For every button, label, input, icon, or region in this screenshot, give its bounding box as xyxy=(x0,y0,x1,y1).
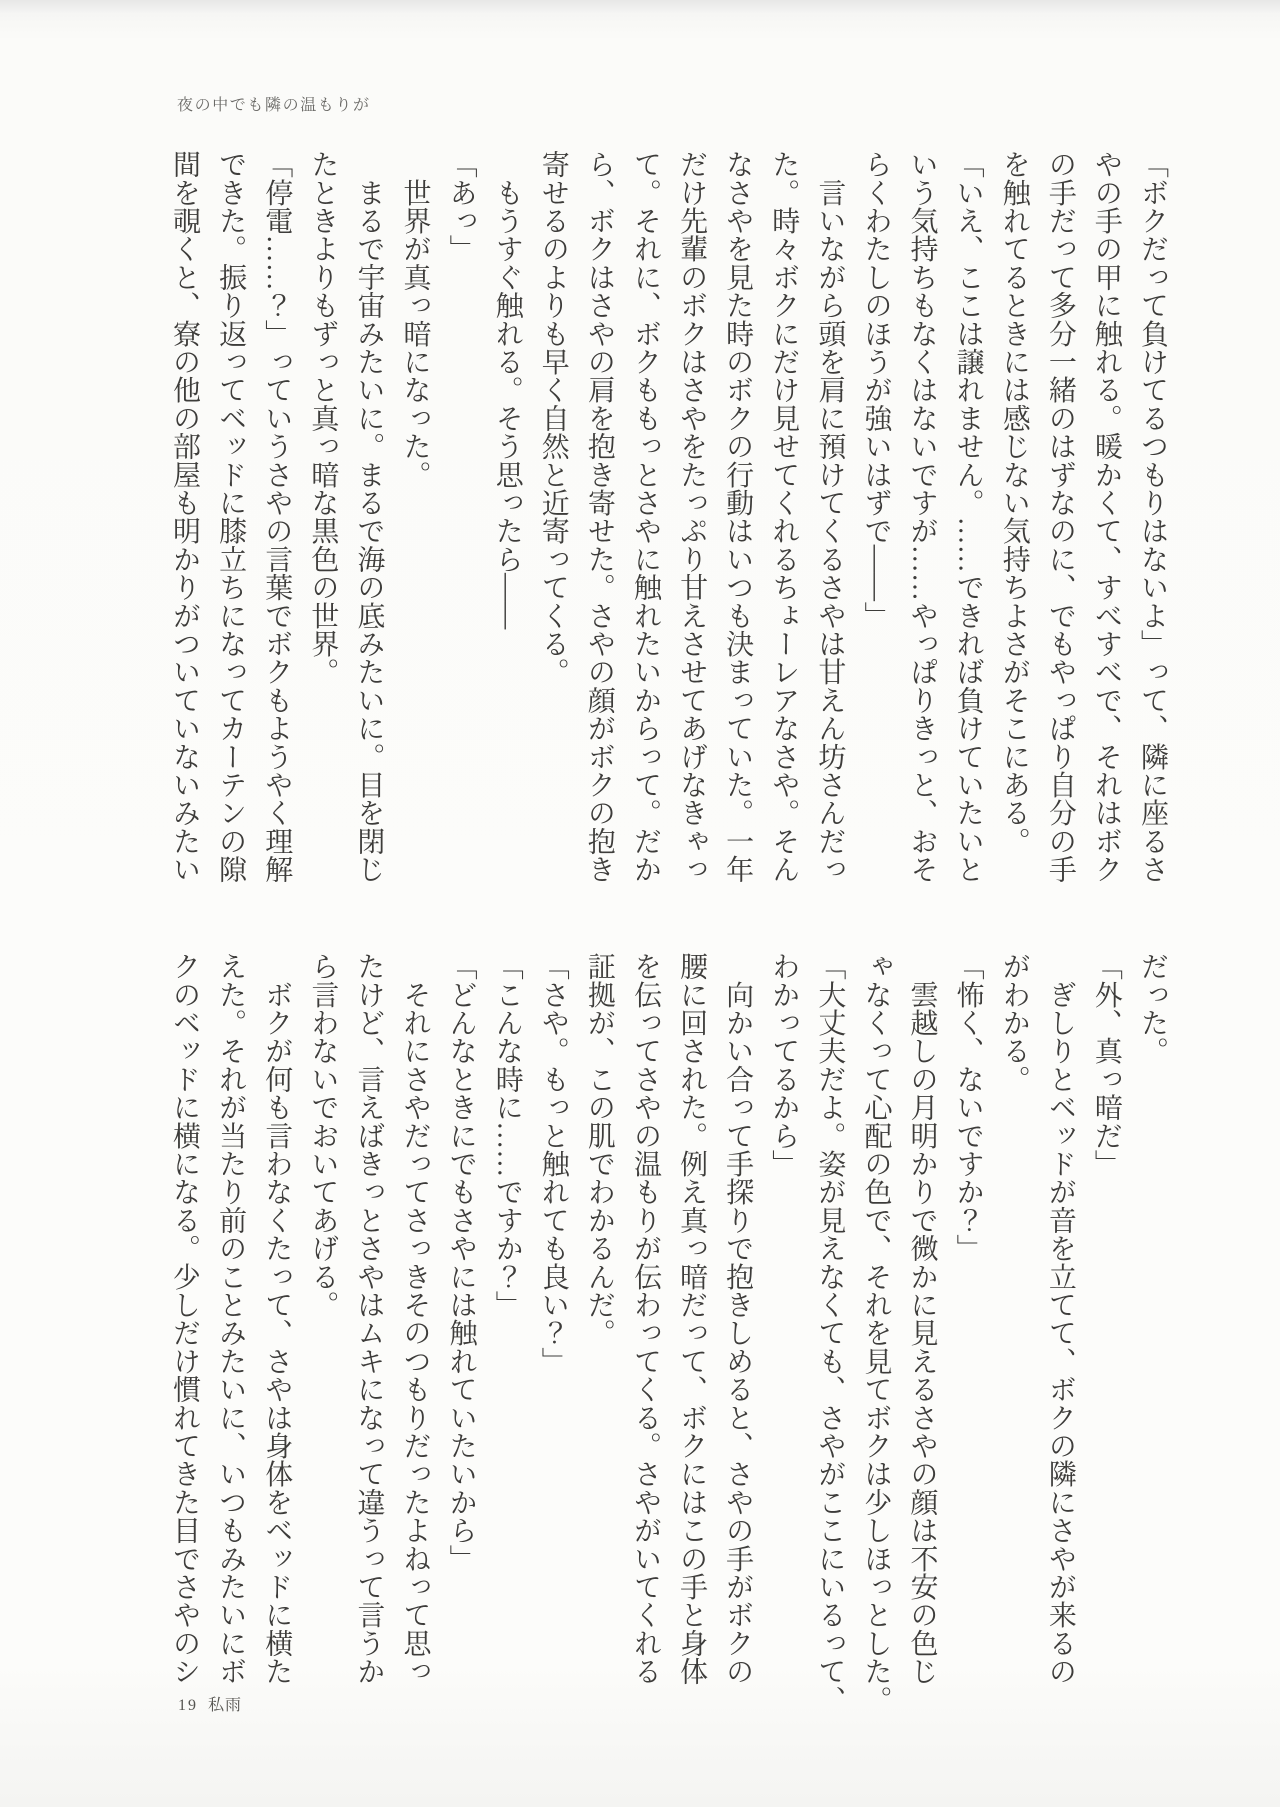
text-column-6: いう気持ちもなくはないですが……やっぱりきっと、おそ xyxy=(898,150,944,887)
text-column-18: たけど、言えばきっとさやはムキになって違うって言うか xyxy=(345,952,391,1689)
text-column-21: えた。それが当たり前のことみたいに、いつもみたいにボ xyxy=(207,952,253,1689)
text-column-14: 寄せるのよりも早く自然と近寄ってくる。 xyxy=(530,150,576,887)
text-column-12: を伝ってさやの温もりが伝わってくる。さやがいてくれる xyxy=(622,952,668,1689)
text-column-11: だけ先輩のボクはさやをたっぷり甘えさせてあげなきゃっ xyxy=(668,150,714,887)
text-column-6: 雲越しの月明かりで微かに見えるさやの顔は不安の色じ xyxy=(898,952,944,1689)
text-column-14: 「さや。もっと触れても良い？」 xyxy=(530,952,576,1689)
text-column-7: らくわたしのほうが強いはずで――」 xyxy=(852,150,898,887)
text-column-17: 世界が真っ暗になった。 xyxy=(391,150,437,887)
text-column-21: できた。振り返ってベッドに膝立ちになってカーテンの隙 xyxy=(207,150,253,887)
text-column-8: 「大丈夫だよ。姿が見えなくても、さやがここにいるって、 xyxy=(806,952,852,1689)
text-column-5: 「怖く、ないですか？」 xyxy=(945,952,991,1689)
text-column-10: なさやを見た時のボクの行動はいつも決まっていた。一年 xyxy=(714,150,760,887)
text-column-11: 腰に回された。例え真っ暗だって、ボクにはこの手と身体 xyxy=(668,952,714,1689)
text-column-16: 「どんなときにでもさやには触れていたいから」 xyxy=(438,952,484,1689)
text-column-15: 「こんな時に……ですか？」 xyxy=(484,952,530,1689)
text-column-9: た。時々ボクにだけ見せてくれるちょーレアなさや。そん xyxy=(760,150,806,887)
text-column-12: て。それに、ボクももっとさやに触れたいからって。だか xyxy=(622,150,668,887)
text-column-13: 証拠が、この肌でわかるんだ。 xyxy=(576,952,622,1689)
running-header-title: 夜の中でも隣の温もりが xyxy=(177,92,371,115)
text-column-20: ボクが何も言わなくたって、さやは身体をベッドに横た xyxy=(253,952,299,1689)
scanned-book-page: 夜の中でも隣の温もりが 「ボクだって負けてるつもりはないよ」って、隣に座るさやの… xyxy=(0,0,1280,1807)
text-column-4: を触れてるときには感じない気持ちよさがそこにある。 xyxy=(991,150,1037,887)
text-column-1: だった。 xyxy=(1129,952,1175,1689)
text-column-8: 言いながら頭を肩に預けてくるさやは甘えん坊さんだっ xyxy=(806,150,852,887)
text-column-22: 間を覗くと、寮の他の部屋も明かりがついていないみたい xyxy=(161,150,207,887)
text-column-13: ら、ボクはさやの肩を抱き寄せた。さやの顔がボクの抱き xyxy=(576,150,622,887)
text-column-9: わかってるから」 xyxy=(760,952,806,1689)
text-column-1: 「ボクだって負けてるつもりはないよ」って、隣に座るさ xyxy=(1129,150,1175,887)
text-column-15: もうすぐ触れる。そう思ったら―― xyxy=(484,150,530,887)
text-column-3: ぎしりとベッドが音を立てて、ボクの隣にさやが来るの xyxy=(1037,952,1083,1689)
text-column-16: 「あっ」 xyxy=(438,150,484,887)
text-column-20: 「停電……？」っていうさやの言葉でボクもようやく理解 xyxy=(253,150,299,887)
page-footer: 19私雨 xyxy=(178,1692,242,1715)
page-number: 19 xyxy=(178,1697,198,1714)
text-column-19: たときよりもずっと真っ暗な黒色の世界。 xyxy=(299,150,345,887)
text-column-5: 「いえ、ここは譲れません。……できれば負けていたいと xyxy=(945,150,991,887)
bottom-text-block: だった。「外、真っ暗だ」 ぎしりとベッドが音を立てて、ボクの隣にさやが来るのがわ… xyxy=(160,952,1175,1689)
footer-book-title: 私雨 xyxy=(208,1697,242,1714)
top-text-block: 「ボクだって負けてるつもりはないよ」って、隣に座るさやの手の甲に触れる。暖かくて… xyxy=(160,150,1175,887)
text-column-7: ゃなくって心配の色で、それを見てボクは少しほっとした。 xyxy=(852,952,898,1689)
text-column-17: それにさやだってさっきそのつもりだったよねって思っ xyxy=(391,952,437,1689)
text-column-2: やの手の甲に触れる。暖かくて、すべすべで、それはボク xyxy=(1083,150,1129,887)
text-column-18: まるで宇宙みたいに。まるで海の底みたいに。目を閉じ xyxy=(345,150,391,887)
text-column-10: 向かい合って手探りで抱きしめると、さやの手がボクの xyxy=(714,952,760,1689)
text-column-19: ら言わないでおいてあげる。 xyxy=(299,952,345,1689)
text-column-22: クのベッドに横になる。少しだけ慣れてきた目でさやのシ xyxy=(161,952,207,1689)
text-column-3: の手だって多分一緒のはずなのに、でもやっぱり自分の手 xyxy=(1037,150,1083,887)
text-column-2: 「外、真っ暗だ」 xyxy=(1083,952,1129,1689)
text-column-4: がわかる。 xyxy=(991,952,1037,1689)
